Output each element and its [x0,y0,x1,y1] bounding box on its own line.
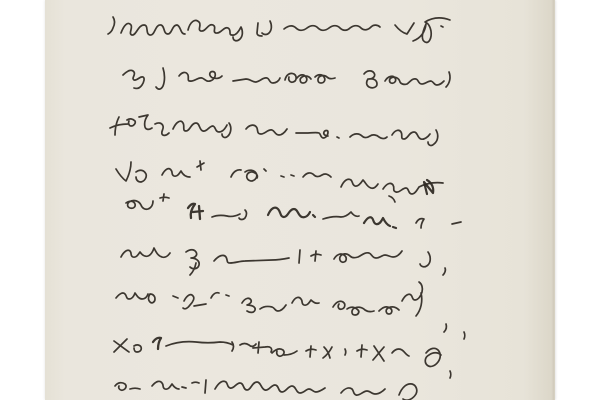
ink-stroke [303,173,331,177]
ink-stroke [179,72,222,82]
ink-stroke [345,349,346,355]
scrawl-line-9 [115,371,451,400]
ink-stroke [452,222,461,224]
ink-stroke [188,204,203,219]
ink-stroke [420,252,430,267]
ink-stroke [242,298,286,312]
ink-stroke [212,210,247,220]
ink-stroke [385,76,444,85]
ink-stroke [425,348,441,366]
ink-stroke [205,380,206,393]
ink-stroke [416,219,424,228]
ink-stroke [413,18,450,42]
ink-stroke [186,250,199,275]
scrawl-line-6 [121,248,445,275]
ink-stroke [341,388,385,395]
ink-stroke [450,371,451,378]
ink-stroke [350,134,387,139]
ink-stroke [357,345,384,361]
scrawl-line-7 [116,282,446,332]
ink-stroke [441,26,443,27]
ink-stroke [323,212,359,219]
ink-stroke [364,71,377,88]
ink-stroke [188,20,242,40]
ink-stroke [153,338,161,349]
ink-stroke [233,78,280,83]
ink-stroke [173,295,206,309]
ink-stroke [284,25,380,30]
ink-stroke [173,121,231,137]
ink-stroke [108,17,115,34]
ink-stroke [156,68,165,89]
ink-stroke [214,255,289,263]
ink-stroke [402,282,422,316]
ink-stroke [139,115,169,135]
ink-stroke [306,346,332,358]
ink-stroke [281,175,294,177]
ink-stroke [123,70,144,88]
ink-stroke [464,332,465,339]
ink-stroke [364,217,396,228]
ink-stroke [110,117,135,135]
ink-stroke [379,307,399,314]
ink-stroke [395,23,414,34]
ink-stroke [333,301,374,315]
scrawl-line-4 [116,161,443,194]
ink-stroke [285,73,335,83]
ink-stroke [334,251,402,262]
ink-stroke [116,293,155,303]
ink-stroke [166,342,272,353]
ink-stroke [268,208,315,218]
ink-stroke [389,196,395,202]
ink-stroke [115,383,140,391]
ink-stroke [296,131,339,139]
ink-stroke [116,162,146,182]
ink-stroke [121,23,185,35]
handwriting-ink [0,0,600,400]
ink-stroke [121,248,170,257]
ink-stroke [114,339,141,352]
ink-stroke [152,381,199,389]
photo-background [0,0,600,400]
ink-stroke [257,21,271,36]
ink-stroke [392,130,438,145]
ink-stroke [126,194,169,209]
ink-stroke [246,125,287,135]
ink-stroke [399,384,417,400]
ink-stroke [311,251,321,261]
ink-stroke [231,169,266,181]
ink-stroke [211,293,229,298]
ink-stroke [443,268,445,275]
scrawl-line-8 [114,332,465,366]
scrawl-line-2 [123,68,450,89]
ink-stroke [162,161,204,177]
ink-stroke [392,349,409,356]
scrawl-line-3 [110,115,438,145]
scrawl-line-1 [108,17,450,42]
scrawl-line-5 [126,194,461,228]
ink-stroke [446,72,450,87]
ink-stroke [215,381,325,393]
ink-stroke [424,180,433,194]
ink-stroke [292,297,319,305]
ink-stroke [341,179,378,188]
ink-stroke [299,250,300,263]
ink-stroke [272,349,297,356]
ink-stroke [444,324,446,332]
